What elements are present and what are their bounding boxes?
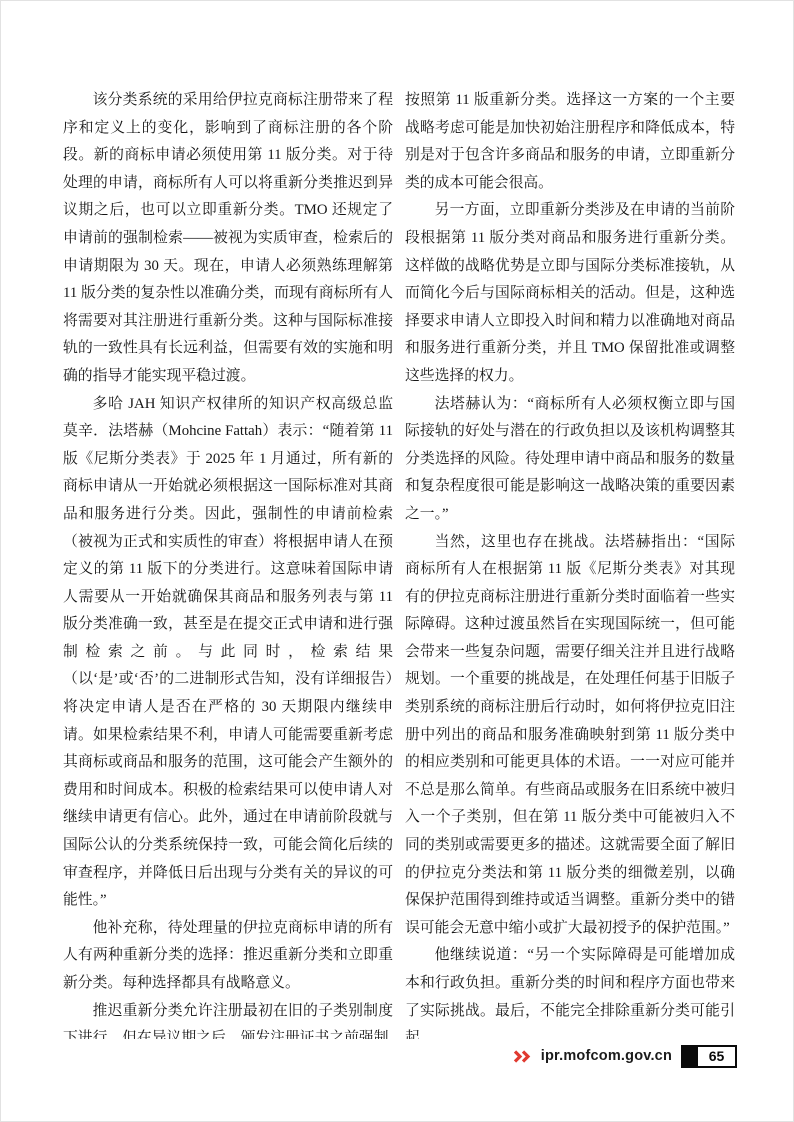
paragraph: 他继续说道：“另一个实际障碍是可能增加成本和行政负担。重新分类的时间和程序方面也… [405,942,735,1039]
paragraph: 多哈 JAH 知识产权律所的知识产权高级总监莫辛．法塔赫（Mohcine Fat… [63,391,393,915]
magazine-page: 该分类系统的采用给伊拉克商标注册带来了程序和定义上的变化，影响到了商标注册的各个… [0,0,794,1122]
paragraph: 他补充称，待处理量的伊拉克商标申请的所有人有两种重新分类的选择：推迟重新分类和立… [63,915,393,998]
paragraph: 当然，这里也存在挑战。法塔赫指出：“国际商标所有人在根据第 11 版《尼斯分类表… [405,529,735,943]
paragraph: 该分类系统的采用给伊拉克商标注册带来了程序和定义上的变化，影响到了商标注册的各个… [63,87,393,391]
right-text-column: 按照第 11 版重新分类。选择这一方案的一个主要战略考虑可能是加快初始注册程序和… [405,87,735,1039]
double-angle-right-icon [513,1050,532,1063]
page-number: 65 [698,1047,735,1066]
badge-black-tab [681,1047,698,1066]
paragraph: 按照第 11 版重新分类。选择这一方案的一个主要战略考虑可能是加快初始注册程序和… [405,87,735,197]
paragraph: 另一方面，立即重新分类涉及在申请的当前阶段根据第 11 版分类对商品和服务进行重… [405,197,735,390]
footer-site-url: ipr.mofcom.gov.cn [541,1048,672,1064]
left-text-column: 该分类系统的采用给伊拉克商标注册带来了程序和定义上的变化，影响到了商标注册的各个… [63,87,393,1039]
paragraph: 法塔赫认为：“商标所有人必须权衡立即与国际接轨的好处与潜在的行政负担以及该机构调… [405,391,735,529]
page-footer: ipr.mofcom.gov.cn 65 [513,1043,737,1069]
paragraph: 推迟重新分类允许注册最初在旧的子类别制度下进行，但在异议期之后、颁发注册证书之前… [63,998,393,1039]
page-number-badge: 65 [681,1045,737,1068]
